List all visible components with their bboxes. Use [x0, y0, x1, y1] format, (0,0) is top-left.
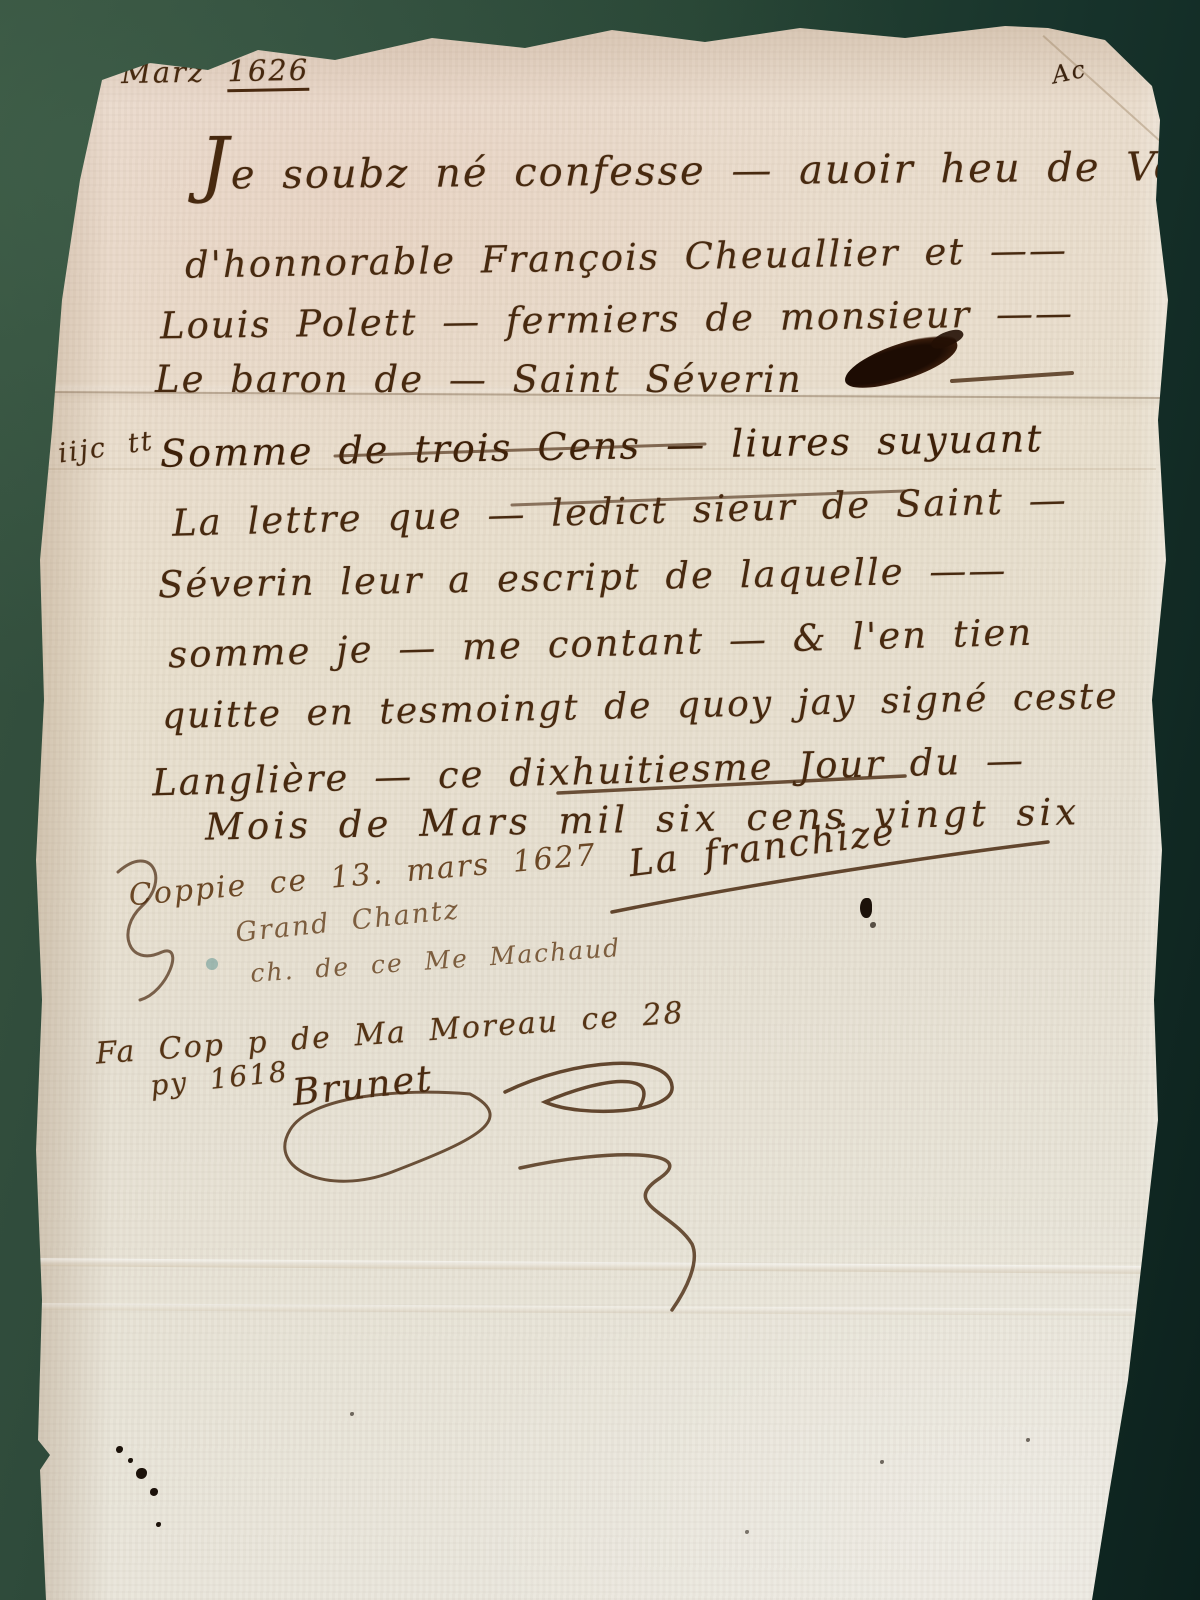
wormhole-spot: [136, 1468, 147, 1479]
edge-shadow-left: [30, 60, 110, 1600]
signature-brunet: Brunet: [290, 1057, 435, 1115]
manuscript-line: Le baron de — Saint Séverin: [155, 358, 803, 401]
date-year-underlined: 1626: [227, 53, 309, 92]
manuscript-line: quitte en tesmoingt de quoy jay signé ce…: [162, 676, 1119, 737]
wormhole-spot: [128, 1458, 133, 1463]
fold-crease-lower-2: [38, 1303, 1143, 1316]
copy-annotation-1627: Coppie ce 13. mars 1627: [127, 838, 598, 914]
brunet-paraph-knot: [505, 1063, 672, 1111]
pen-stroke-line4-dash: [952, 373, 1072, 381]
faded-stamp-mark: [206, 958, 218, 970]
date-prefix: 18 Marz: [58, 55, 206, 92]
manuscript-line: Somme de trois Cens — liures suyuant: [160, 416, 1044, 475]
paper-fleck: [350, 1412, 354, 1416]
ink-speck: [860, 898, 872, 918]
paper-fleck: [745, 1530, 749, 1534]
manuscript-line: d'honnorable François Cheuallier et ——: [185, 228, 1069, 286]
manuscript-line: La lettre que — ledict sieur de Saint —: [172, 478, 1069, 544]
wormhole-spot: [150, 1488, 158, 1496]
paper-fleck: [880, 1460, 884, 1464]
photograph-background: 18 Marz 1626 Ac iijc tt Je soubz né conf…: [0, 0, 1200, 1600]
manuscript-line: somme je — me contant — & l'en tien: [168, 611, 1034, 677]
date-header: 18 Marz 1626: [58, 53, 310, 91]
corner-mark: Ac: [1049, 55, 1089, 90]
manuscript-line: Séverin leur a escript de laquelle ——: [158, 549, 1008, 607]
margin-sum-note: iijc tt: [56, 425, 155, 469]
wormhole-spot: [116, 1446, 123, 1453]
brunet-tail: [520, 1155, 694, 1310]
manuscript-paper: 18 Marz 1626 Ac iijc tt Je soubz né conf…: [0, 0, 1200, 1600]
fold-crease-lower-1: [38, 1258, 1148, 1274]
wormhole-spot: [156, 1522, 161, 1527]
manuscript-line: Je soubz né confesse — auoir heu de Veti…: [200, 133, 1200, 198]
chancery-annotation: Grand Chantz: [234, 894, 461, 948]
edge-highlight-right: [1136, 80, 1176, 1600]
paper-fleck: [1026, 1438, 1030, 1442]
ink-speck: [870, 922, 876, 928]
